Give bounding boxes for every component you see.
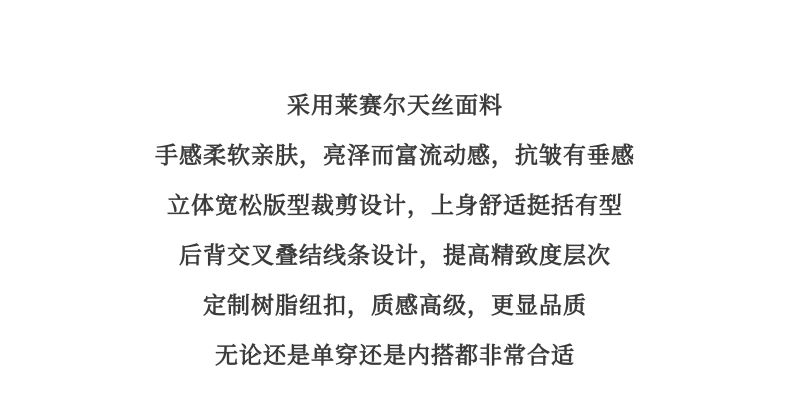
description-line-styling: 无论还是单穿还是内搭都非常合适 (0, 331, 790, 381)
description-line-feel: 手感柔软亲肤，亮泽而富流动感，抗皱有垂感 (0, 131, 790, 181)
product-description-page: { "page": { "background": "#ffffff", "te… (0, 0, 790, 407)
description-line-back-design: 后背交叉叠结线条设计，提高精致度层次 (0, 231, 790, 281)
description-line-fabric: 采用莱赛尔天丝面料 (0, 81, 790, 131)
description-line-buttons: 定制树脂纽扣，质感高级，更显品质 (0, 281, 790, 331)
product-description-text-block: 采用莱赛尔天丝面料 手感柔软亲肤，亮泽而富流动感，抗皱有垂感 立体宽松版型裁剪设… (0, 81, 790, 381)
description-line-cut: 立体宽松版型裁剪设计，上身舒适挺括有型 (0, 181, 790, 231)
